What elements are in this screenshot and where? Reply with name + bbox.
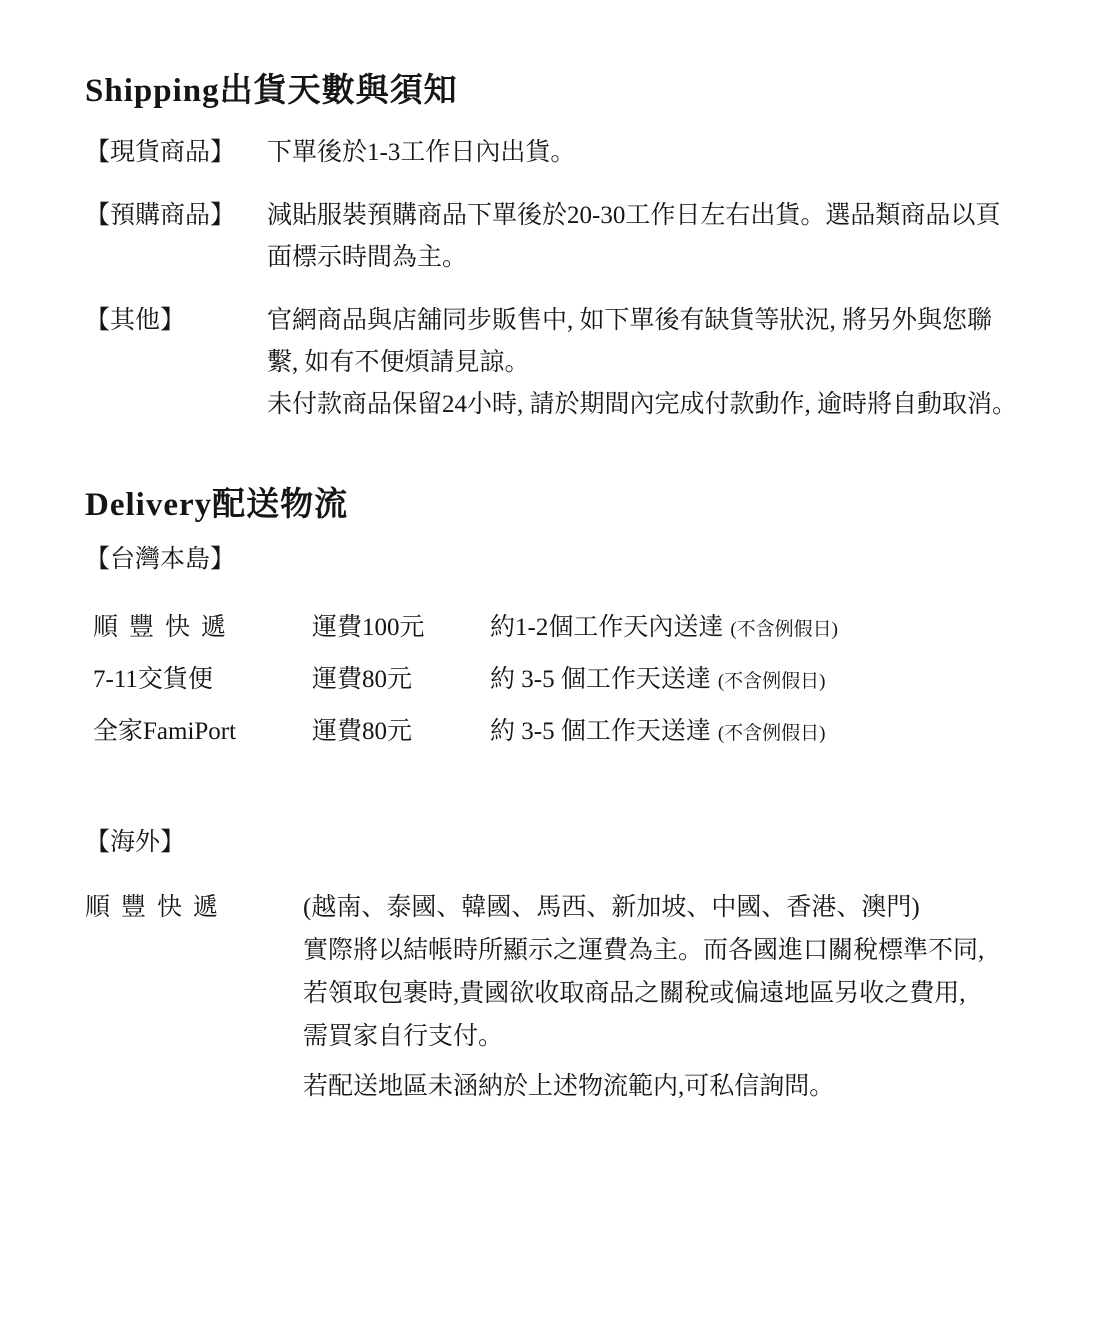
overseas-detail-line: 若領取包裹時,貴國欲收取商品之關稅或偏遠地區另收之費用,: [303, 972, 984, 1015]
overseas-detail-line: 需買家自行支付。: [303, 1015, 984, 1058]
note-label-instock: 【現貨商品】: [85, 132, 267, 174]
note-content-preorder: 減貼服裝預購商品下單後於20-30工作日左右出貨。選品類商品以頁 面標示時間為主…: [267, 195, 1000, 279]
note-text-line: 官網商品與店舖同步販售中, 如下單後有缺貨等狀況, 將另外與您聯: [267, 300, 1017, 342]
fee-cell: 運費80元: [312, 711, 490, 753]
table-row-sf-express: 順豐快遞 運費100元 約1-2個工作天內送達(不含例假日): [93, 607, 1048, 651]
time-cell: 約1-2個工作天內送達(不含例假日): [490, 607, 838, 651]
delivery-time-text: 約 3-5 個工作天送達: [490, 666, 711, 693]
overseas-regions-line: (越南、泰國、韓國、馬西、新加坡、中國、香港、澳門): [303, 886, 984, 929]
note-label-preorder: 【預購商品】: [85, 195, 267, 237]
contact-note-line: 若配送地區未涵納於上述物流範内,可私信詢問。: [303, 1065, 984, 1108]
shipping-notes-list: 【現貨商品】 下單後於1-3工作日內出貨。 【預購商品】 減貼服裝預購商品下單後…: [85, 132, 1048, 426]
time-cell: 約 3-5 個工作天送達(不含例假日): [490, 659, 825, 703]
shipping-note-row-other: 【其他】 官網商品與店舖同步販售中, 如下單後有缺貨等狀況, 將另外與您聯 繫,…: [85, 300, 1048, 426]
note-text-line: 下單後於1-3工作日內出貨。: [267, 132, 575, 174]
holiday-note: (不含例假日): [718, 671, 826, 692]
delivery-section-title: Delivery配送物流: [85, 486, 1048, 524]
shipping-section-title: Shipping出貨天數與須知: [85, 72, 1048, 110]
holiday-note: (不含例假日): [730, 619, 838, 640]
overseas-shipping-details: (越南、泰國、韓國、馬西、新加坡、中國、香港、澳門) 實際將以結帳時所顯示之運費…: [303, 886, 984, 1108]
overseas-shipping-row: 順豐快遞 (越南、泰國、韓國、馬西、新加坡、中國、香港、澳門) 實際將以結帳時所…: [85, 886, 1048, 1108]
shipping-note-row-preorder: 【預購商品】 減貼服裝預購商品下單後於20-30工作日左右出貨。選品類商品以頁 …: [85, 195, 1048, 279]
carrier-cell: 全家FamiPort: [93, 711, 312, 753]
carrier-cell: 順豐快遞: [93, 607, 312, 649]
fee-cell: 運費80元: [312, 659, 490, 701]
taiwan-subsection-label: 【台灣本島】: [85, 539, 1048, 581]
taiwan-shipping-table: 順豐快遞 運費100元 約1-2個工作天內送達(不含例假日) 7-11交貨便 運…: [93, 607, 1048, 755]
shipping-note-row-instock: 【現貨商品】 下單後於1-3工作日內出貨。: [85, 132, 1048, 174]
delivery-time-text: 約1-2個工作天內送達: [490, 614, 723, 641]
overseas-subsection-label: 【海外】: [85, 822, 1048, 864]
note-content-instock: 下單後於1-3工作日內出貨。: [267, 132, 575, 174]
time-cell: 約 3-5 個工作天送達(不含例假日): [490, 711, 825, 755]
note-text-line: 未付款商品保留24小時, 請於期間內完成付款動作, 逾時將自動取消。: [267, 384, 1017, 426]
delivery-time-text: 約 3-5 個工作天送達: [490, 718, 711, 745]
note-content-other: 官網商品與店舖同步販售中, 如下單後有缺貨等狀況, 將另外與您聯 繫, 如有不便…: [267, 300, 1017, 426]
note-text-line: 繫, 如有不便煩請見諒。: [267, 342, 1017, 384]
shipping-policy-document: Shipping出貨天數與須知 【現貨商品】 下單後於1-3工作日內出貨。 【預…: [0, 0, 1103, 1341]
note-text-line: 面標示時間為主。: [267, 237, 1000, 279]
table-row-famiport: 全家FamiPort 運費80元 約 3-5 個工作天送達(不含例假日): [93, 711, 1048, 755]
overseas-carrier-label: 順豐快遞: [85, 886, 303, 929]
note-text-line: 減貼服裝預購商品下單後於20-30工作日左右出貨。選品類商品以頁: [267, 195, 1000, 237]
table-row-711: 7-11交貨便 運費80元 約 3-5 個工作天送達(不含例假日): [93, 659, 1048, 703]
overseas-detail-line: 實際將以結帳時所顯示之運費為主。而各國進口關稅標準不同,: [303, 929, 984, 972]
note-label-other: 【其他】: [85, 300, 267, 342]
fee-cell: 運費100元: [312, 607, 490, 649]
carrier-cell: 7-11交貨便: [93, 659, 312, 701]
holiday-note: (不含例假日): [718, 723, 826, 744]
